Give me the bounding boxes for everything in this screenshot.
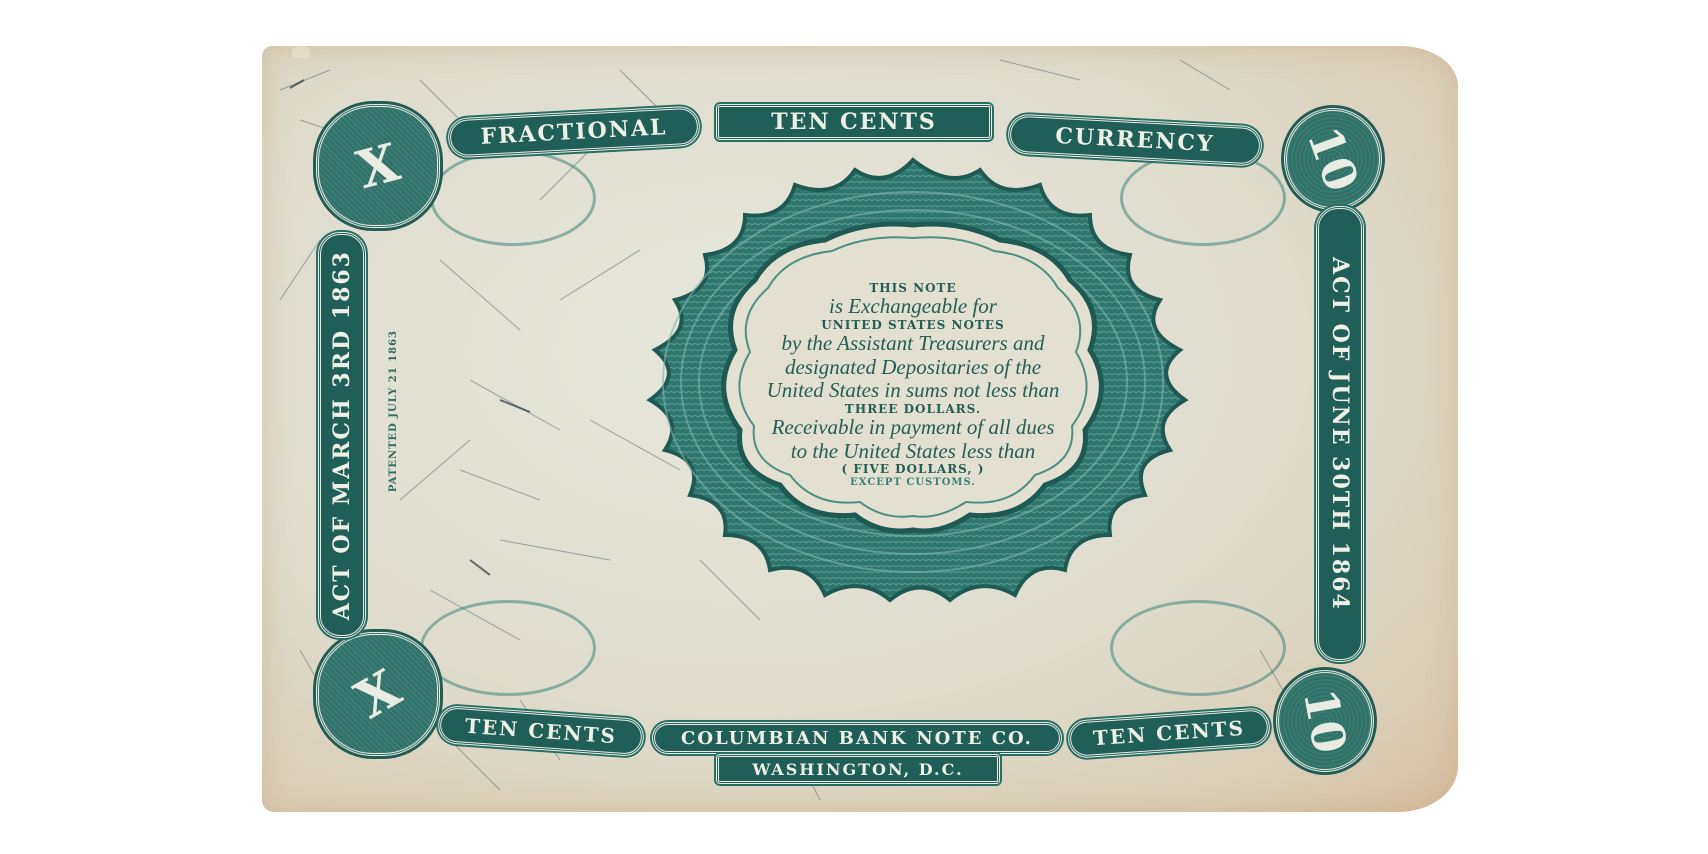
- text-less-than: to the United States less than: [738, 440, 1088, 464]
- corner-numeral-bottom-left: X: [316, 632, 440, 756]
- numeral-ten-icon: 10: [1297, 120, 1370, 199]
- text-sums: United States in sums not less than: [738, 379, 1088, 403]
- text-assistant-treasurers: by the Assistant Treasurers and: [738, 332, 1088, 356]
- act-june-text: ACT OF JUNE 30TH 1864: [1327, 257, 1353, 611]
- scroll-ornament: [430, 150, 596, 246]
- patent-text: PATENTED JULY 21 1863: [388, 330, 399, 492]
- scroll-ornament: [1120, 150, 1286, 246]
- scroll-ornament: [420, 600, 596, 696]
- corner-numeral-top-left: X: [316, 104, 440, 228]
- text-except-customs: EXCEPT CUSTOMS.: [738, 477, 1088, 488]
- corner-numeral-top-right: 10: [1284, 108, 1382, 210]
- act-march-text: ACT OF MARCH 3RD 1863: [329, 250, 355, 620]
- text-depositaries: designated Depositaries of the: [738, 356, 1088, 380]
- corner-numeral-bottom-right: 10: [1276, 670, 1374, 772]
- text-this-note: THIS NOTE: [738, 282, 1088, 295]
- roman-ten-icon: X: [351, 131, 406, 200]
- exchange-text-block: THIS NOTE is Exchangeable for UNITED STA…: [738, 282, 1088, 488]
- label-ten-cents-top: TEN CENTS: [716, 104, 992, 140]
- text-receivable: Receivable in payment of all dues: [738, 416, 1088, 440]
- side-band-left: ACT OF MARCH 3RD 1863: [318, 232, 366, 638]
- label-printer: COLUMBIAN BANK NOTE CO.: [652, 722, 1062, 754]
- text-five-dollars: ( FIVE DOLLARS, ): [738, 463, 1088, 476]
- scroll-ornament: [1110, 600, 1286, 696]
- label-printer-city: WASHINGTON, D.C.: [716, 754, 1000, 784]
- side-band-right: ACT OF JUNE 30TH 1864: [1316, 206, 1364, 662]
- numeral-ten-icon: 10: [1293, 685, 1357, 757]
- text-us-notes: UNITED STATES NOTES: [738, 319, 1088, 332]
- patent-line: PATENTED JULY 21 1863: [388, 330, 399, 530]
- roman-ten-icon: X: [345, 657, 410, 730]
- text-exchangeable: is Exchangeable for: [738, 295, 1088, 319]
- text-three-dollars: THREE DOLLARS.: [738, 403, 1088, 416]
